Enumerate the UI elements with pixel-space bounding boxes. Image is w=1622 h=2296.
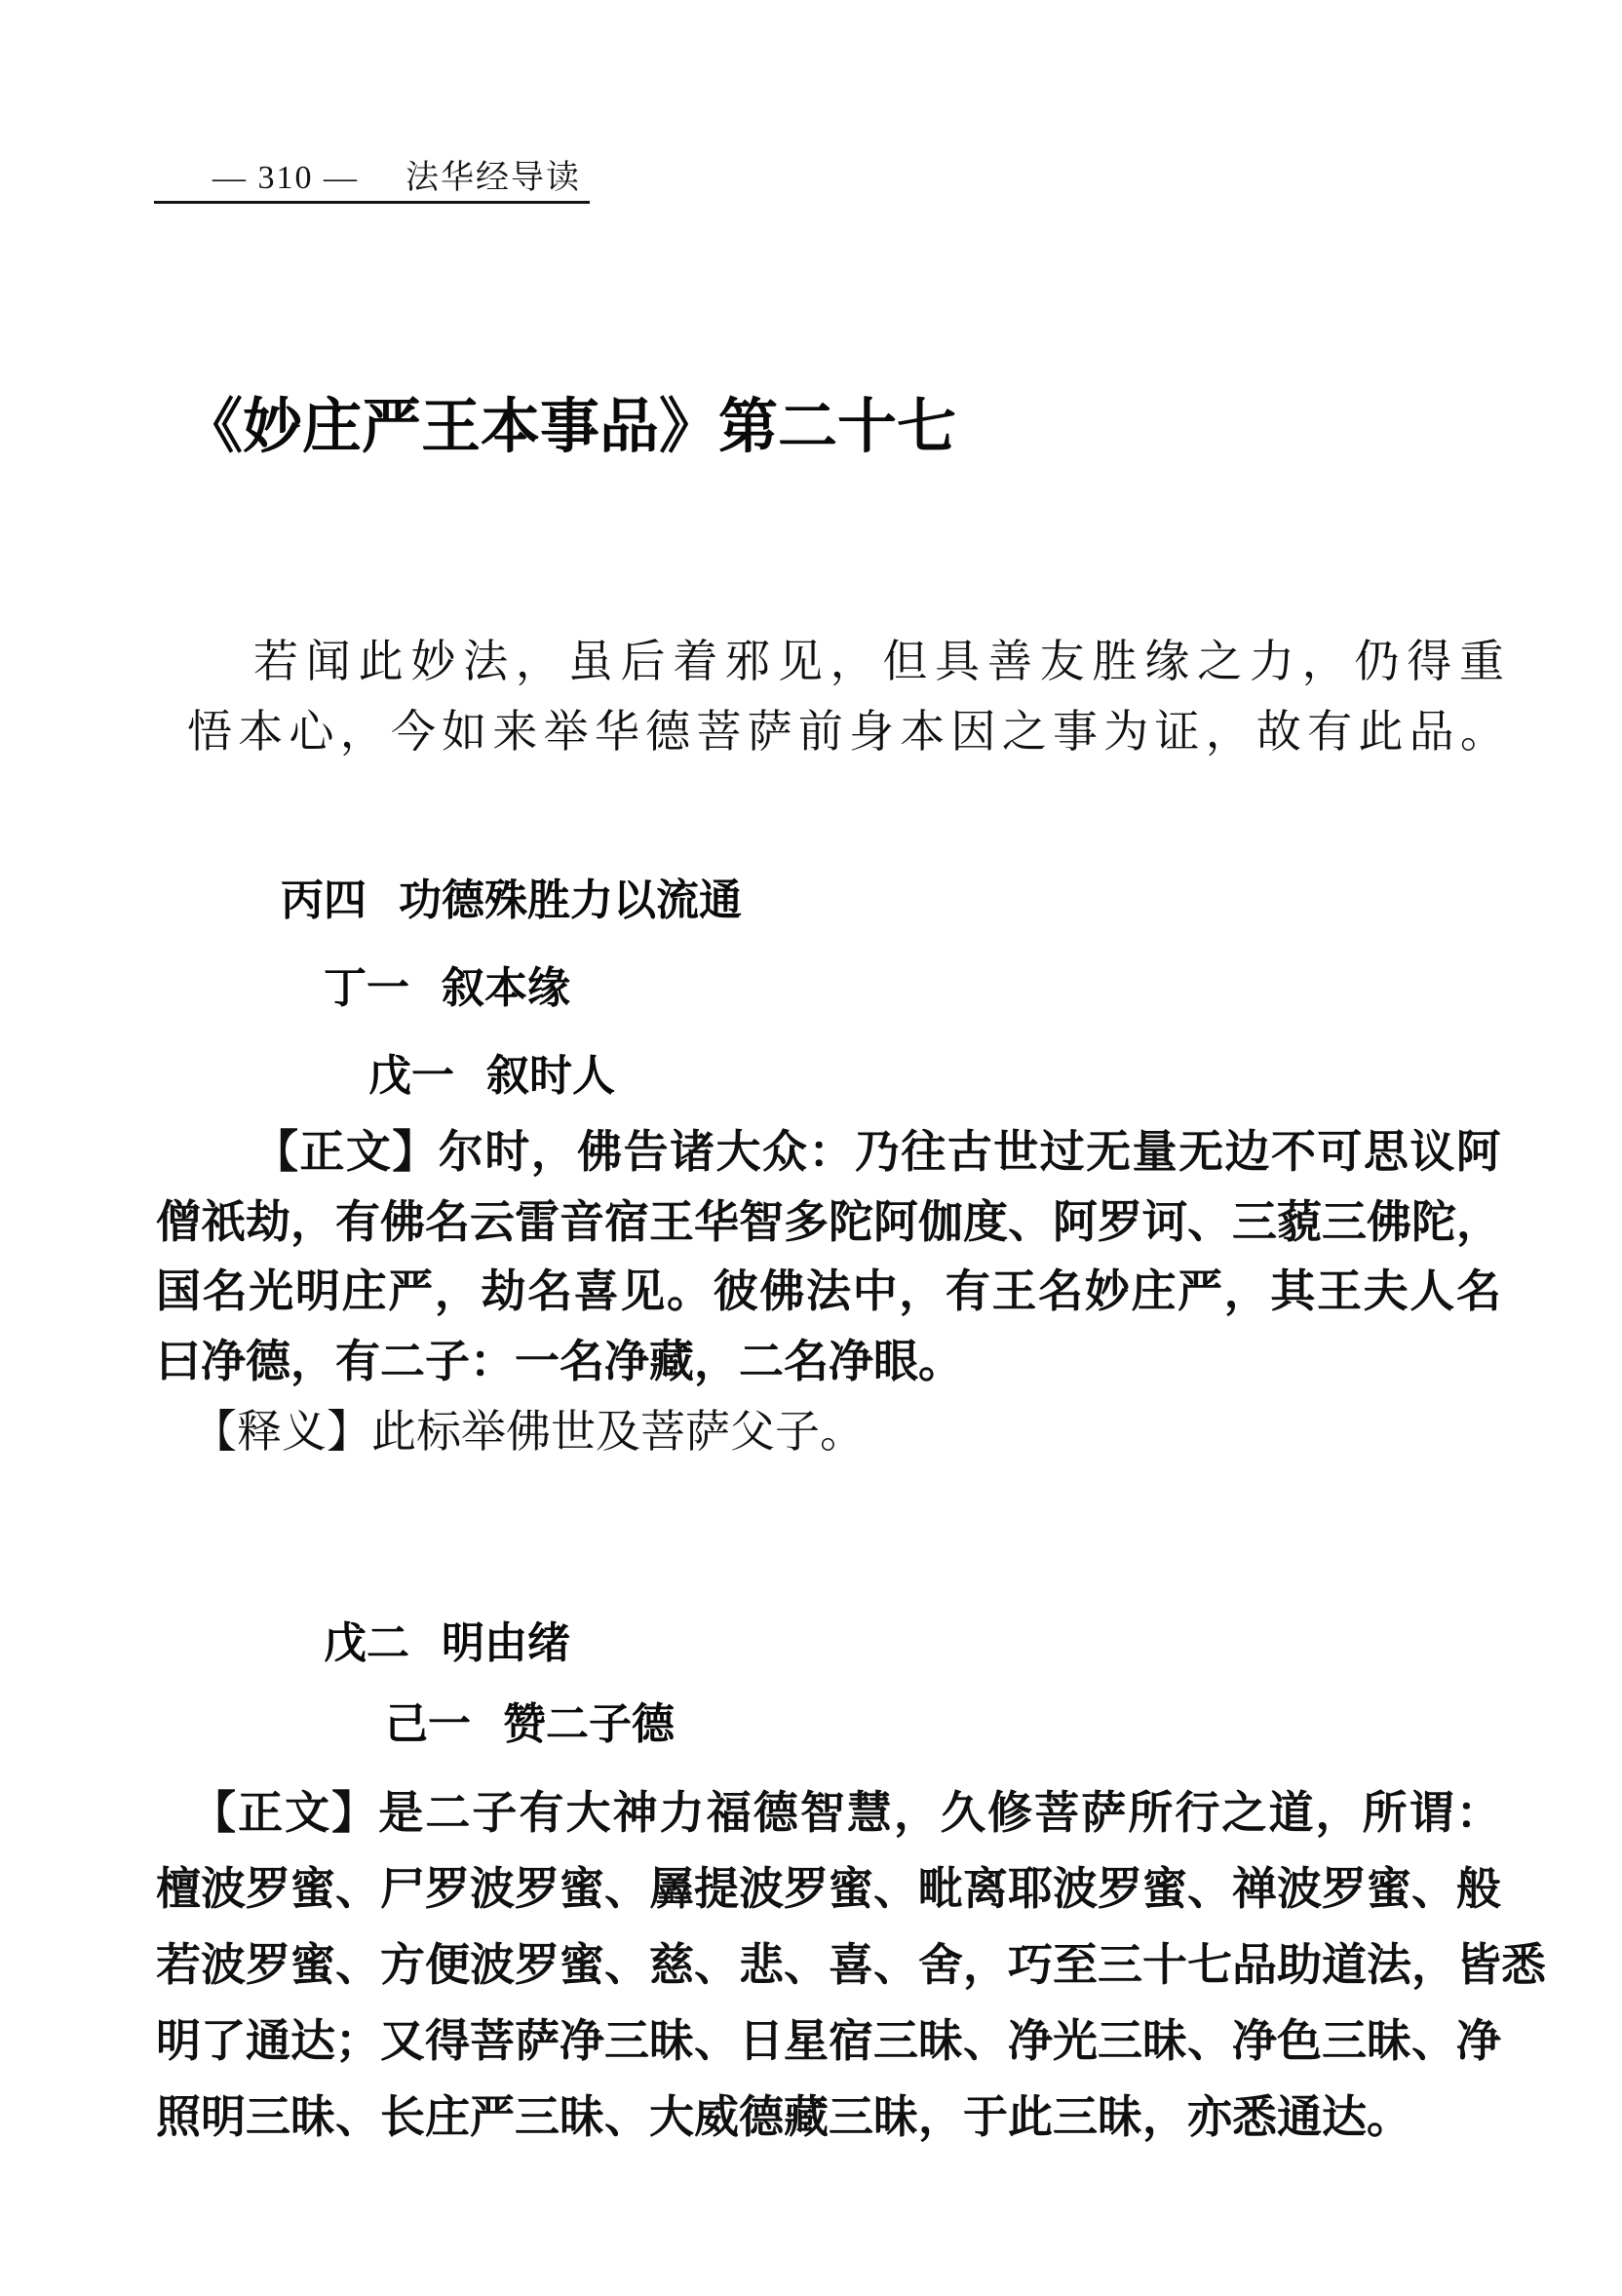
outline-heading-ding1: 丁一叙本缘 (324, 963, 570, 1014)
outline-heading-title: 叙时人 (486, 1052, 615, 1100)
outline-heading-wu2: 戊二明由绪 (324, 1618, 570, 1669)
page-header: — 310 —法华经导读 (212, 159, 581, 198)
book-page: — 310 —法华经导读 《妙庄严王本事品》第二十七 若闻此妙法，虽后着邪见，但… (0, 0, 1622, 2296)
annotation-line: 【释义】此标举佛世及菩萨父子。 (192, 1404, 865, 1460)
intro-line: 悟本心，今如来举华德菩萨前身本因之事为证，故有此品。 (187, 704, 1505, 760)
outline-heading-title: 赞二子德 (503, 1700, 675, 1748)
outline-heading-number: 戊一 (368, 1051, 454, 1102)
outline-heading-title: 明由绪 (442, 1619, 570, 1667)
scripture-line: 檀波罗蜜、尸罗波罗蜜、羼提波罗蜜、毗离耶波罗蜜、禅波罗蜜、般 (156, 1860, 1501, 1917)
book-title: 法华经导读 (405, 160, 581, 196)
outline-heading-bing4: 丙四功德殊胜力以流通 (281, 876, 742, 926)
outline-heading-wu1: 戊一叙时人 (368, 1051, 615, 1102)
header-rule (154, 201, 590, 204)
outline-heading-number: 丁一 (324, 963, 409, 1014)
scripture-line: 【正文】是二子有大神力福德智慧，久修菩萨所行之道，所谓： (191, 1784, 1501, 1841)
outline-heading-number: 己一 (385, 1699, 471, 1750)
outline-heading-number: 丙四 (281, 876, 367, 926)
outline-heading-title: 功德殊胜力以流通 (399, 876, 742, 924)
scripture-line: 明了通达；又得菩萨净三昧、日星宿三昧、净光三昧、净色三昧、净 (156, 2012, 1501, 2069)
page-number: — 310 — (212, 160, 359, 196)
outline-heading-ji1: 己一赞二子德 (385, 1699, 675, 1750)
scripture-line: 曰净德，有二子：一名净藏，二名净眼。 (156, 1333, 963, 1389)
scripture-line: 【正文】尔时，佛告诸大众：乃往古世过无量无边不可思议阿 (253, 1123, 1501, 1180)
outline-heading-number: 戊二 (324, 1618, 409, 1669)
scripture-line: 若波罗蜜、方便波罗蜜、慈、悲、喜、舍，巧至三十七品助道法，皆悉 (156, 1936, 1501, 1993)
scripture-line: 国名光明庄严，劫名喜见。彼佛法中，有王名妙庄严，其王夫人名 (156, 1263, 1501, 1319)
intro-line: 若闻此妙法，虽后着邪见，但具善友胜缘之力，仍得重 (253, 634, 1504, 690)
chapter-title: 《妙庄严王本事品》第二十七 (183, 394, 956, 458)
scripture-line: 僧祇劫，有佛名云雷音宿王华智多陀阿伽度、阿罗诃、三藐三佛陀， (156, 1193, 1501, 1250)
scripture-line: 照明三昧、长庄严三昧、大威德藏三昧，于此三昧，亦悉通达。 (156, 2088, 1411, 2145)
outline-heading-title: 叙本缘 (442, 964, 570, 1012)
